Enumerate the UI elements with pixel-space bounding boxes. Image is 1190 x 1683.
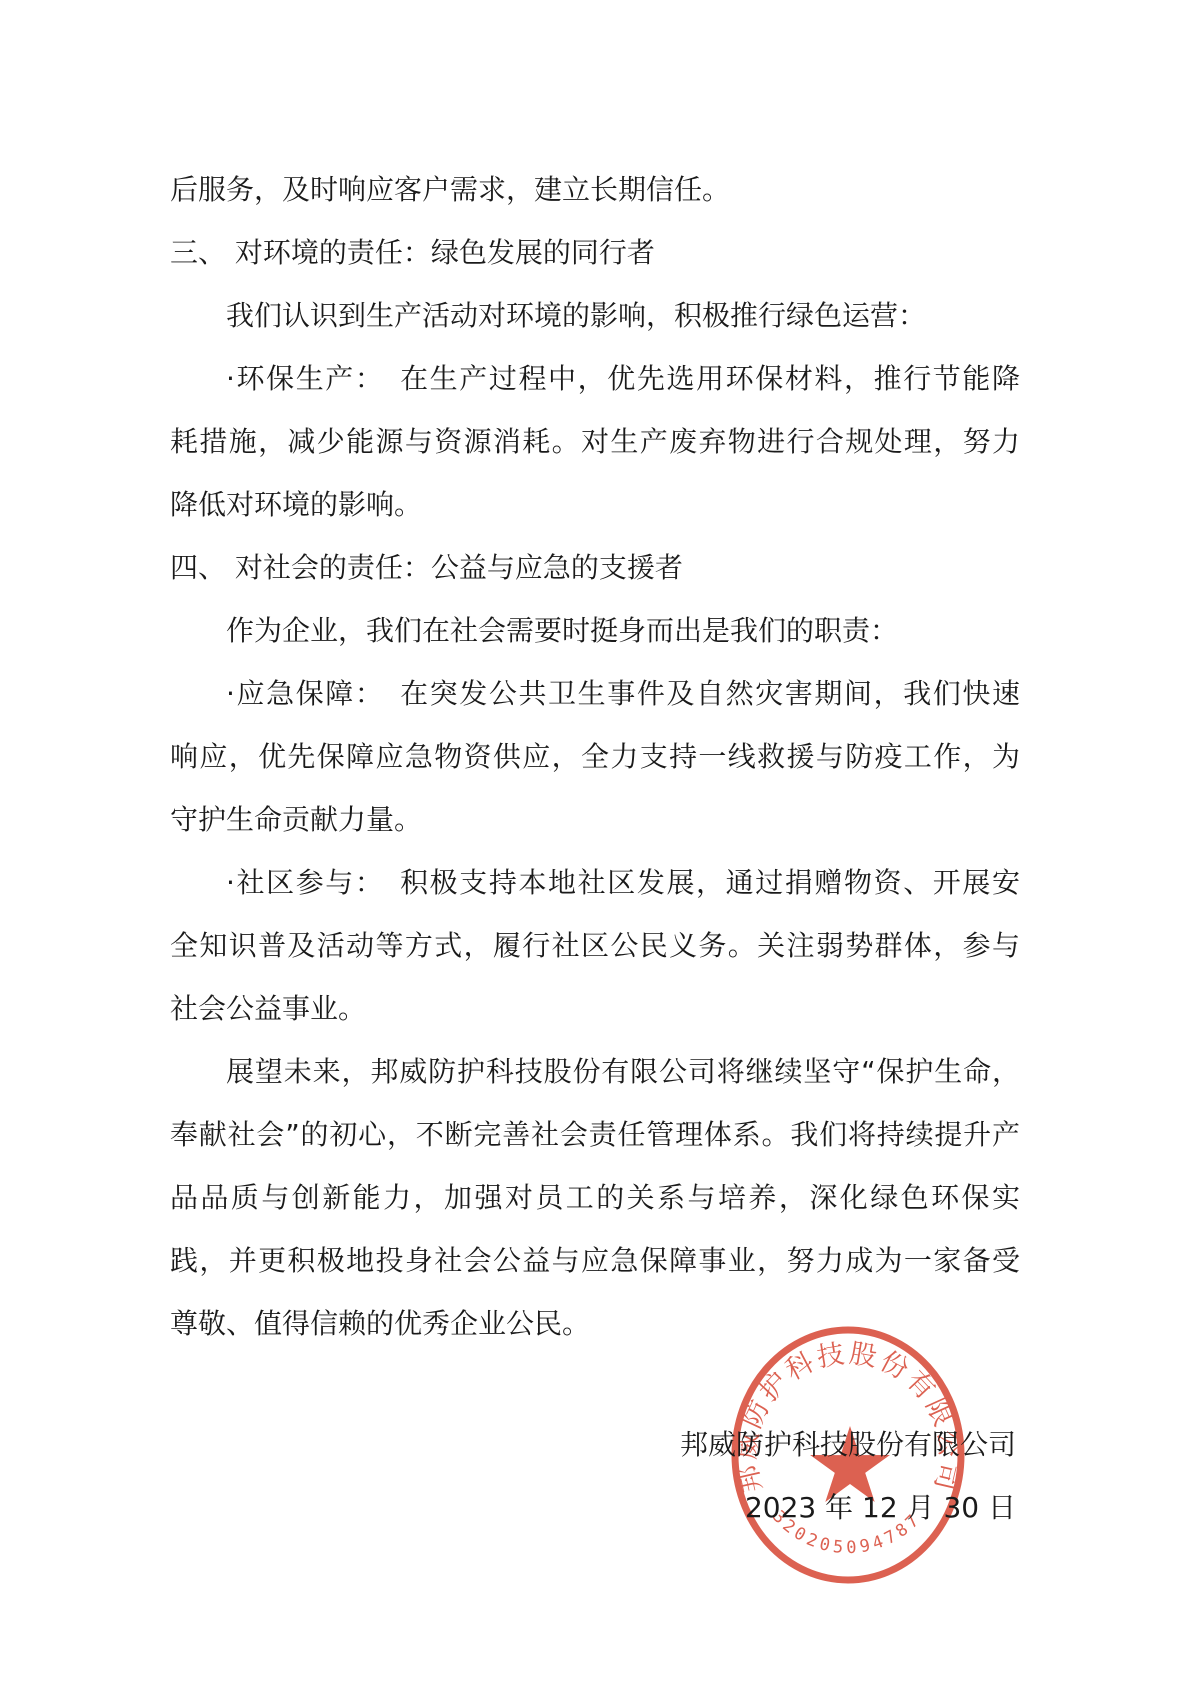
text-line: 尊敬、值得信赖的优秀企业公民。 (170, 1292, 1020, 1355)
text-line: 社会公益事业。 (170, 977, 1020, 1040)
text-line: 奉献社会”的初心，不断完善社会责任管理体系。我们将持续提升产 (170, 1103, 1020, 1166)
signature-company: 邦威防护科技股份有限公司 (680, 1413, 1016, 1476)
text-line: ·环保生产： 在生产过程中，优先选用环保材料，推行节能降 (170, 347, 1020, 410)
text-line: 耗措施，减少能源与资源消耗。对生产废弃物进行合规处理，努力 (170, 410, 1020, 473)
text-line: 作为企业，我们在社会需要时挺身而出是我们的职责： (170, 599, 1020, 662)
text-line: 降低对环境的影响。 (170, 473, 1020, 536)
signature-date: 2023 年 12 月 30 日 (680, 1476, 1016, 1539)
text-line: 践，并更积极地投身社会公益与应急保障事业，努力成为一家备受 (170, 1229, 1020, 1292)
text-line: 我们认识到生产活动对环境的影响，积极推行绿色运营： (170, 284, 1020, 347)
text-line: 品品质与创新能力，加强对员工的关系与培养，深化绿色环保实 (170, 1166, 1020, 1229)
text-line: ·应急保障： 在突发公共卫生事件及自然灾害期间，我们快速 (170, 662, 1020, 725)
text-line: 四、 对社会的责任：公益与应急的支援者 (170, 536, 1020, 599)
document-body: 后服务，及时响应客户需求，建立长期信任。三、 对环境的责任：绿色发展的同行者我们… (170, 158, 1020, 1355)
document-page: 邦威防护科技股份有限公司 3202050947874 后服务，及时响应客户需求，… (0, 0, 1190, 1683)
signature-block: 邦威防护科技股份有限公司 2023 年 12 月 30 日 (680, 1413, 1016, 1539)
text-line: 全知识普及活动等方式，履行社区公民义务。关注弱势群体，参与 (170, 914, 1020, 977)
text-line: 三、 对环境的责任：绿色发展的同行者 (170, 221, 1020, 284)
text-line: 响应，优先保障应急物资供应，全力支持一线救援与防疫工作，为 (170, 725, 1020, 788)
text-line: 展望未来，邦威防护科技股份有限公司将继续坚守“保护生命， (170, 1040, 1020, 1103)
text-line: ·社区参与： 积极支持本地社区发展，通过捐赠物资、开展安 (170, 851, 1020, 914)
text-line: 后服务，及时响应客户需求，建立长期信任。 (170, 158, 1020, 221)
text-line: 守护生命贡献力量。 (170, 788, 1020, 851)
